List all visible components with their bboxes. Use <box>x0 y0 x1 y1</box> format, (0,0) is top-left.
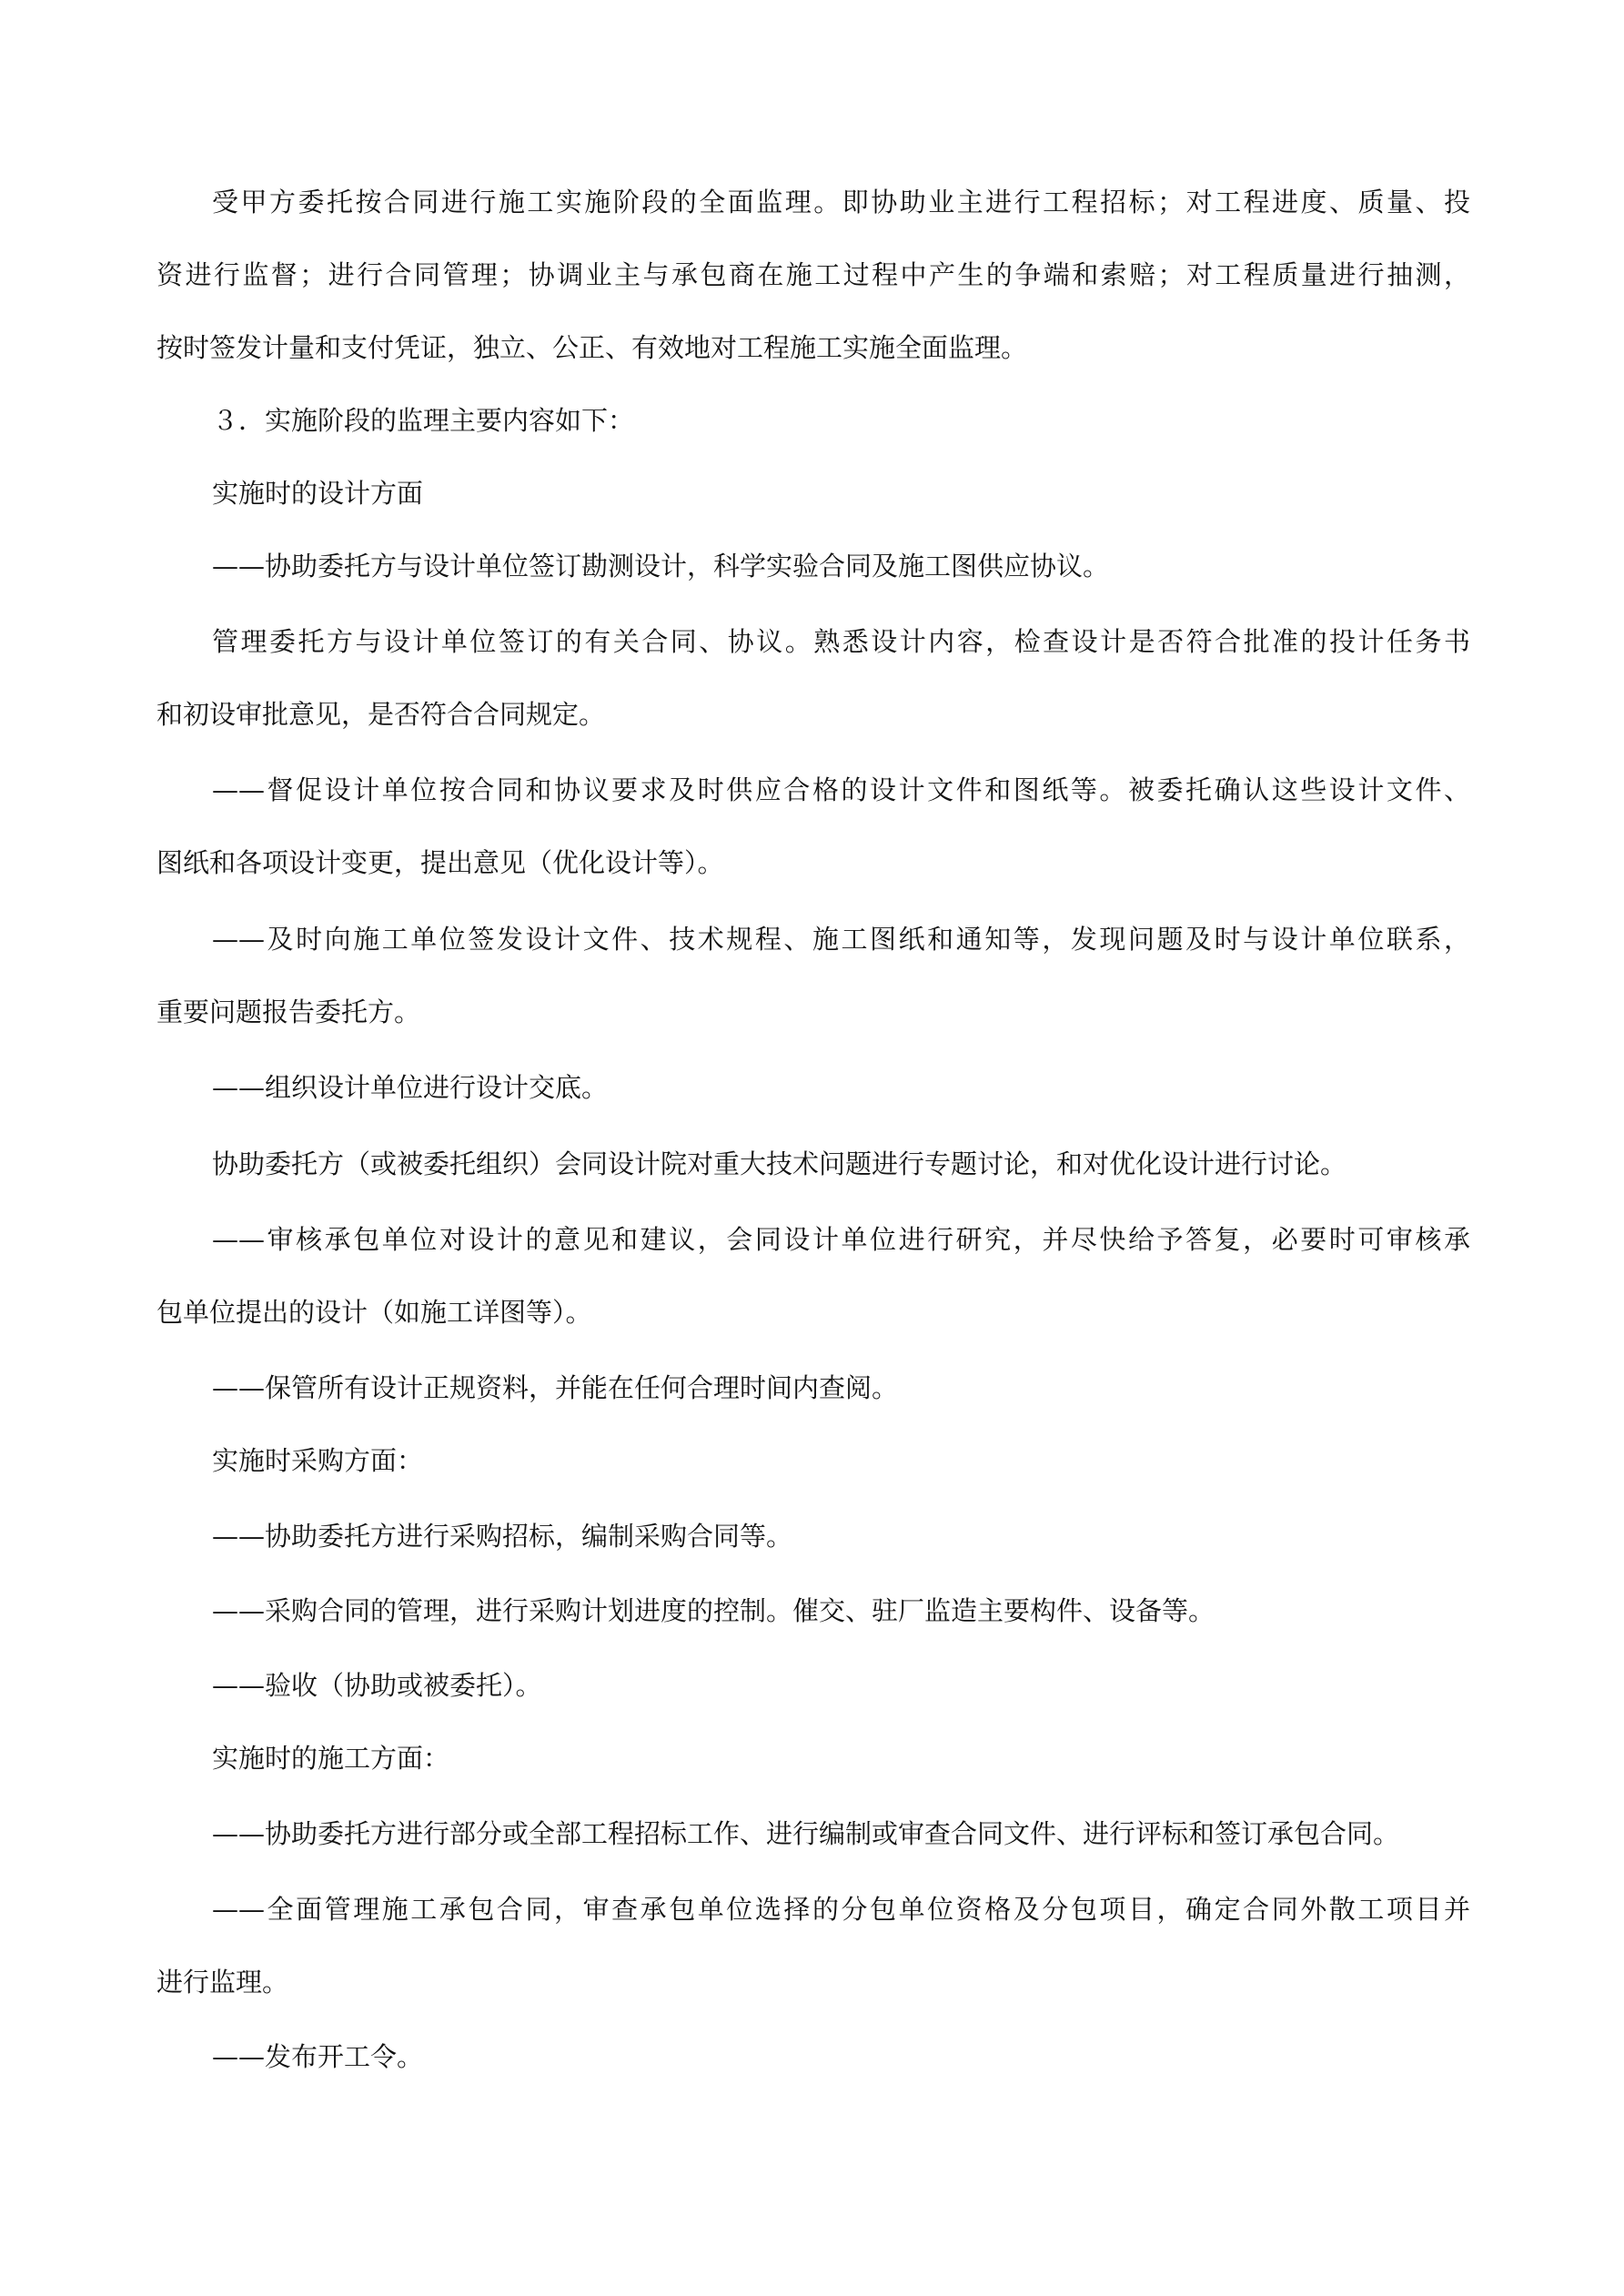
list-item: ——组织设计单位进行设计交底。 <box>212 1069 608 1106</box>
text-line: 按时签发计量和支付凭证，独立、公正、有效地对工程施工实施全面监理。 <box>156 329 1027 366</box>
text-line: 包单位提出的设计（如施工详图等）。 <box>156 1294 592 1330</box>
text-line: 受甲方委托按合同进行施工实施阶段的全面监理。即协助业主进行工程招标；对工程进度、… <box>212 184 1470 220</box>
text-line: ——全面管理施工承包合同，审查承包单位选择的分包单位资格及分包项目，确定合同外散… <box>212 1891 1470 1927</box>
list-item: ——协助委托方进行采购招标，编制采购合同等。 <box>212 1518 792 1554</box>
text-line: 图纸和各项设计变更，提出意见（优化设计等）。 <box>156 845 724 881</box>
text-line: 重要问题报告委托方。 <box>156 994 420 1030</box>
paragraph-design-discussion: 协助委托方（或被委托组织）会同设计院对重大技术问题进行专题讨论，和对优化设计进行… <box>212 1146 1347 1182</box>
section-heading-implementation-stage: ３．实施阶段的监理主要内容如下： <box>212 402 634 439</box>
text-line: ——审核承包单位对设计的意见和建议，会同设计单位进行研究，并尽快给予答复，必要时… <box>212 1221 1470 1258</box>
list-item: ——采购合同的管理，进行采购计划进度的控制。催交、驻厂监造主要构件、设备等。 <box>212 1593 1215 1629</box>
text-line: 进行监理。 <box>156 1964 288 2000</box>
text-line: 和初设审批意见，是否符合合同规定。 <box>156 696 605 733</box>
subheading-construction-aspect: 实施时的施工方面： <box>212 1740 449 1776</box>
subheading-design-aspect: 实施时的设计方面 <box>212 475 423 511</box>
text-line: 管理委托方与设计单位签订的有关合同、协议。熟悉设计内容，检查设计是否符合批准的投… <box>212 623 1470 660</box>
list-item: ——协助委托方进行部分或全部工程招标工作、进行编制或审查合同文件、进行评标和签订… <box>212 1816 1399 1852</box>
list-item: ——协助委托方与设计单位签订勘测设计，科学实验合同及施工图供应协议。 <box>212 548 1109 584</box>
subheading-procurement-aspect: 实施时采购方面： <box>212 1442 423 1479</box>
text-line: 资进行监督；进行合同管理；协调业主与承包商在施工过程中产生的争端和索赔；对工程质… <box>156 257 1470 293</box>
text-line: ——及时向施工单位签发设计文件、技术规程、施工图纸和通知等，发现问题及时与设计单… <box>212 921 1470 957</box>
text-line: ——督促设计单位按合同和协议要求及时供应合格的设计文件和图纸等。被委托确认这些设… <box>212 772 1470 808</box>
list-item: ——保管所有设计正规资料，并能在任何合理时间内查阅。 <box>212 1370 898 1406</box>
list-item: ——发布开工令。 <box>212 2038 423 2075</box>
list-item: ——验收（协助或被委托）。 <box>212 1667 542 1704</box>
